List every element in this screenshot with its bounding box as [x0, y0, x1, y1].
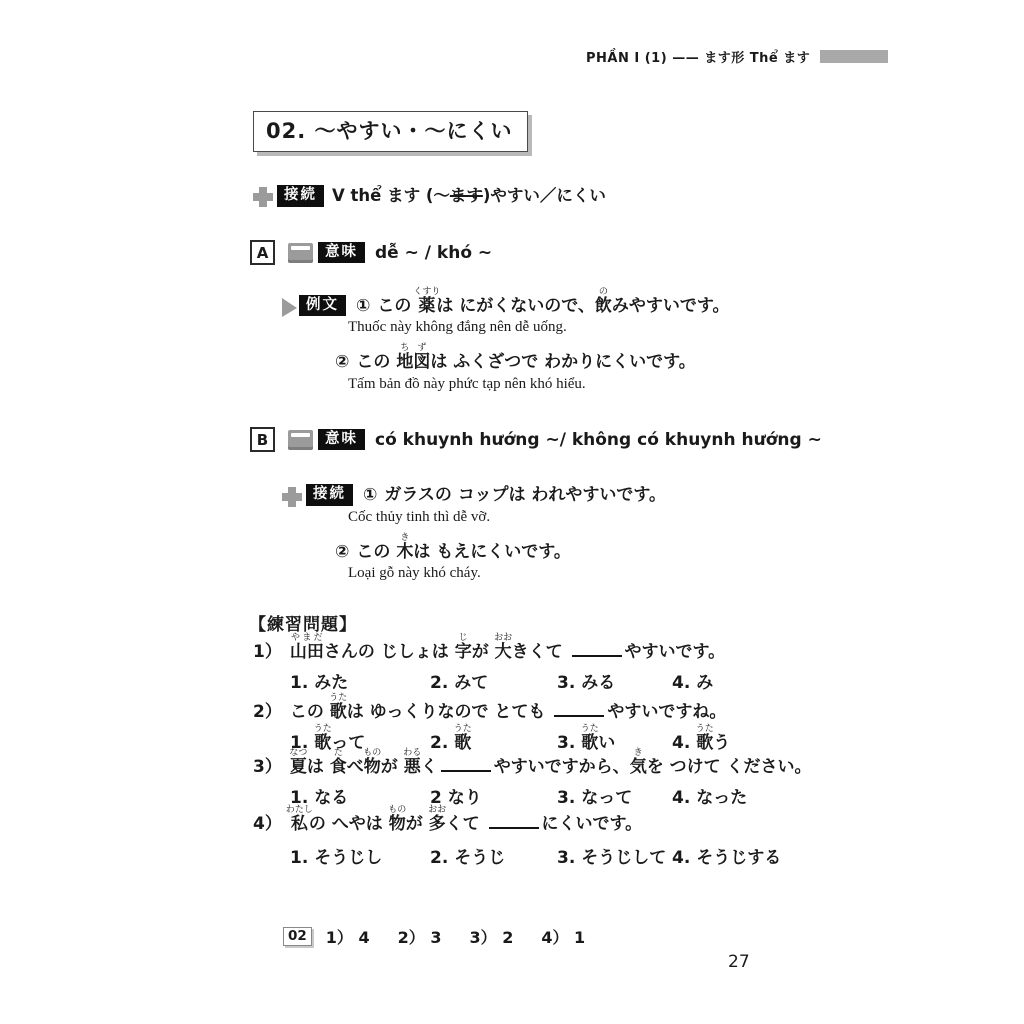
example-number: ②	[335, 542, 349, 562]
example-text: この 薬くすりは にがくないので、飲のみやすいです。	[377, 296, 729, 316]
answer-item: 1） 4	[326, 925, 370, 948]
setsuzoku-label: 接続	[277, 185, 324, 207]
question-sentence: 4）私わたしの へやは 物ものが 多おおくて にくいです。	[253, 805, 781, 835]
example-number: ②	[335, 352, 349, 372]
question-number: 4）	[253, 814, 282, 834]
example-sentence: ①ガラスの コップは われやすいです。	[363, 485, 666, 506]
example-sentence: ①この 薬くすりは にがくないので、飲のみやすいです。	[356, 287, 730, 317]
connection-line: 接続 V thể ます (～ます)やすい／にくい	[253, 182, 606, 207]
plus-icon	[282, 487, 302, 507]
connection-text: V thể ます (～ます)やすい／にくい	[332, 182, 606, 206]
option-1: 1. みた	[290, 668, 430, 693]
option-3: 3. みる	[557, 668, 672, 693]
page-number: 27	[728, 952, 750, 972]
section-a-meaning: dễ ~ / khó ~	[375, 243, 492, 263]
section-a-examples: 例文 ①この 薬くすりは にがくないので、飲のみやすいです。 Thuốc này…	[282, 287, 730, 393]
question-2: 2）この 歌うたは ゆっくりなので とても やすいですね。 1. 歌うたって 2…	[253, 693, 730, 753]
question-sentence: 1）山田やまださんの じしょは 字じが 大おおきくて やすいです。	[253, 633, 725, 663]
example-translation: Tấm bản đồ này phức tạp nên khó hiểu.	[348, 376, 730, 393]
question-text: 夏なつは 食たべ物ものが 悪わるくやすいですから、気きを つけて ください。	[290, 757, 812, 777]
example-number: ①	[363, 485, 377, 505]
question-text: 山田やまださんの じしょは 字じが 大おおきくて やすいです。	[290, 642, 725, 662]
question-number: 2）	[253, 702, 282, 722]
question-3: 3）夏なつは 食たべ物ものが 悪わるくやすいですから、気きを つけて ください。…	[253, 748, 812, 808]
example-row: 接続 ①ガラスの コップは われやすいです。	[282, 484, 666, 507]
header-bar	[820, 50, 888, 63]
arrow-icon	[282, 298, 297, 317]
section-b-meaning: có khuynh hướng ~/ không có khuynh hướng…	[375, 430, 822, 450]
option-4: 4. み	[672, 668, 725, 693]
section-b-header: B 意味 có khuynh hướng ~/ không có khuynh …	[250, 427, 822, 452]
example-row: 例文 ①この 薬くすりは にがくないので、飲のみやすいです。	[282, 287, 730, 317]
example-text: この 木きは もえにくいです。	[356, 542, 570, 562]
book-icon	[288, 430, 313, 450]
setsuzoku-label: 接続	[306, 484, 353, 506]
section-a-header: A 意味 dễ ~ / khó ~	[250, 240, 492, 265]
question-options: 1. そうじし 2. そうじ 3. そうじして 4. そうじする	[290, 843, 781, 868]
option-3: 3. そうじして	[557, 843, 672, 868]
example-text: この 地図ちずは ふくざつで わかりにくいです。	[356, 352, 695, 372]
example-translation: Cốc thủy tinh thì dễ vỡ.	[348, 509, 666, 526]
lesson-title-box: 02. ～やすい・～にくい	[253, 111, 528, 152]
question-4: 4）私わたしの へやは 物ものが 多おおくて にくいです。 1. そうじし 2.…	[253, 805, 781, 868]
answer-item: 3） 2	[469, 925, 513, 948]
question-sentence: 2）この 歌うたは ゆっくりなので とても やすいですね。	[253, 693, 730, 723]
plus-icon	[253, 187, 273, 207]
question-number: 3）	[253, 757, 282, 777]
answer-item: 2） 3	[398, 925, 442, 948]
answer-key-lesson-number: 02	[283, 927, 312, 946]
practice-heading: 【練習問題】	[249, 610, 357, 635]
reibun-label: 例文	[299, 295, 346, 317]
section-b-marker: B	[250, 427, 275, 452]
question-1: 1）山田やまださんの じしょは 字じが 大おおきくて やすいです。 1. みた …	[253, 633, 725, 693]
example-translation: Thuốc này không đắng nên dễ uống.	[348, 319, 730, 336]
option-2: 2. みて	[430, 668, 557, 693]
option-2: 2. そうじ	[430, 843, 557, 868]
question-number: 1）	[253, 642, 282, 662]
lesson-title: 02. ～やすい・～にくい	[266, 119, 513, 143]
option-1: 1. そうじし	[290, 843, 430, 868]
section-a-marker: A	[250, 240, 275, 265]
example-text: ガラスの コップは われやすいです。	[384, 485, 666, 505]
imi-label: 意味	[318, 429, 365, 451]
section-b-examples: 接続 ①ガラスの コップは われやすいです。 Cốc thủy tinh thì…	[282, 484, 666, 582]
question-text: この 歌うたは ゆっくりなので とても やすいですね。	[290, 702, 727, 722]
answer-key: 02 1） 4 2） 3 3） 2 4） 1	[283, 925, 585, 948]
example-sentence: ②この 地図ちずは ふくざつで わかりにくいです。	[335, 343, 730, 373]
example-number: ①	[356, 296, 370, 316]
option-4: 4. そうじする	[672, 843, 781, 868]
question-sentence: 3）夏なつは 食たべ物ものが 悪わるくやすいですから、気きを つけて ください。	[253, 748, 812, 778]
answer-item: 4） 1	[541, 925, 585, 948]
imi-label: 意味	[318, 242, 365, 264]
example-translation: Loại gỗ này khó cháy.	[348, 565, 666, 582]
page-header: PHẦN I (1) —— ます形 Thể ます	[586, 47, 888, 66]
book-icon	[288, 243, 313, 263]
example-sentence: ②この 木きは もえにくいです。	[335, 533, 666, 563]
question-text: 私わたしの へやは 物ものが 多おおくて にくいです。	[290, 814, 642, 834]
header-text: PHẦN I (1) —— ます形 Thể ます	[586, 47, 810, 66]
question-options: 1. みた 2. みて 3. みる 4. み	[290, 668, 725, 693]
